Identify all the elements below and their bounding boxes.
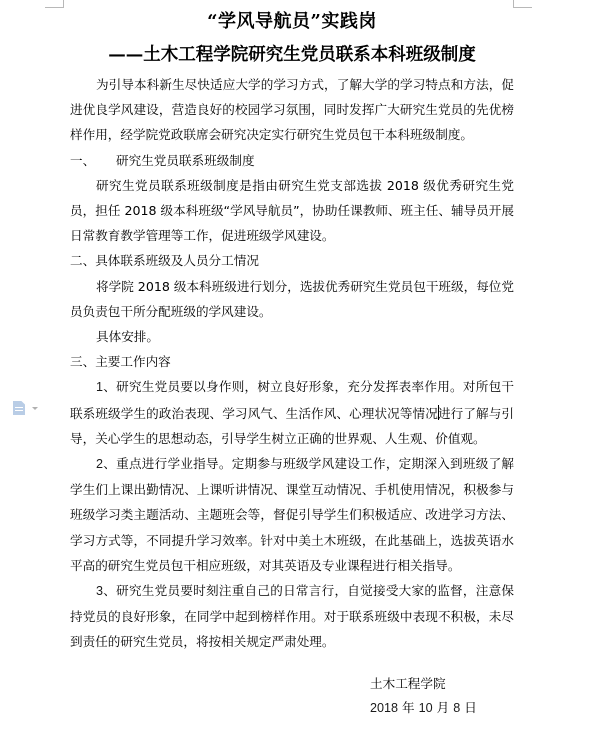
date-day-unit: 日 — [460, 700, 477, 715]
document-subtitle: ——土木工程学院研究生党员联系本科班级制度 — [70, 43, 514, 67]
date-year: 2018 — [370, 701, 398, 715]
section-number: 二、 — [70, 253, 95, 268]
work-item-3: 3、研究生党员要时刻注重自己的日常言行，自觉接受大家的监督，注意保持党员的良好形… — [70, 578, 514, 655]
date-year-unit: 年 — [398, 700, 419, 715]
item-text: 、研究生党员要时刻注重自己的日常言行，自觉接受大家的监督，注意保持党员的良好形象… — [70, 583, 514, 649]
section-number: 一、 — [70, 148, 116, 173]
section-number: 三、 — [70, 354, 95, 369]
section-heading-text: 具体联系班级及人员分工情况 — [95, 253, 259, 268]
section-1-paragraph: 研究生党员联系班级制度是指由研究生党支部选拔 2018 级优秀研究生党员，担任 … — [70, 173, 514, 249]
signature-date: 2018 年 10 月 8 日 — [370, 696, 477, 720]
intro-paragraph: 为引导本科新生尽快适应大学的学习方式，了解大学的学习特点和方法，促进优良学风建设… — [70, 72, 514, 148]
section-2-paragraph: 将学院 2018 级本科班级进行划分，选拔优秀研究生党员包干班级，每位党员负责包… — [70, 274, 514, 324]
signature-block: 土木工程学院 2018 年 10 月 8 日 — [370, 672, 477, 720]
paste-options-icon[interactable] — [13, 401, 25, 415]
document-body[interactable]: 为引导本科新生尽快适应大学的学习方式，了解大学的学习特点和方法，促进优良学风建设… — [70, 72, 514, 655]
section-2-arrangement: 具体安排。 — [70, 324, 514, 349]
work-item-2: 2、重点进行学业指导。定期参与班级学风建设工作，定期深入到班级了解学生们上课出勤… — [70, 451, 514, 578]
section-heading-3: 三、主要工作内容 — [70, 349, 514, 374]
section-heading-1: 一、 研究生党员联系班级制度 — [70, 148, 514, 173]
chevron-down-icon[interactable] — [32, 407, 38, 410]
item-number: 3 — [96, 584, 103, 598]
item-text: 、重点进行学业指导。定期参与班级学风建设工作，定期深入到班级了解学生们上课出勤情… — [70, 456, 514, 573]
page-corner-mark-right — [513, 0, 532, 8]
page-corner-mark-left — [45, 0, 64, 8]
section-heading-text: 研究生党员联系班级制度 — [116, 148, 255, 173]
document-title: “学风导航员”实践岗 — [70, 10, 514, 34]
item-number: 2 — [96, 457, 103, 471]
date-month: 10 — [419, 701, 433, 715]
section-heading-text: 主要工作内容 — [95, 354, 171, 369]
item-number: 1 — [96, 380, 103, 394]
date-month-unit: 月 — [433, 700, 454, 715]
work-item-1: 1、研究生党员要以身作则，树立良好形象，充分发挥表率作用。对所包干联系班级学生的… — [70, 374, 514, 451]
signature-org: 土木工程学院 — [370, 672, 477, 696]
section-heading-2: 二、具体联系班级及人员分工情况 — [70, 248, 514, 273]
